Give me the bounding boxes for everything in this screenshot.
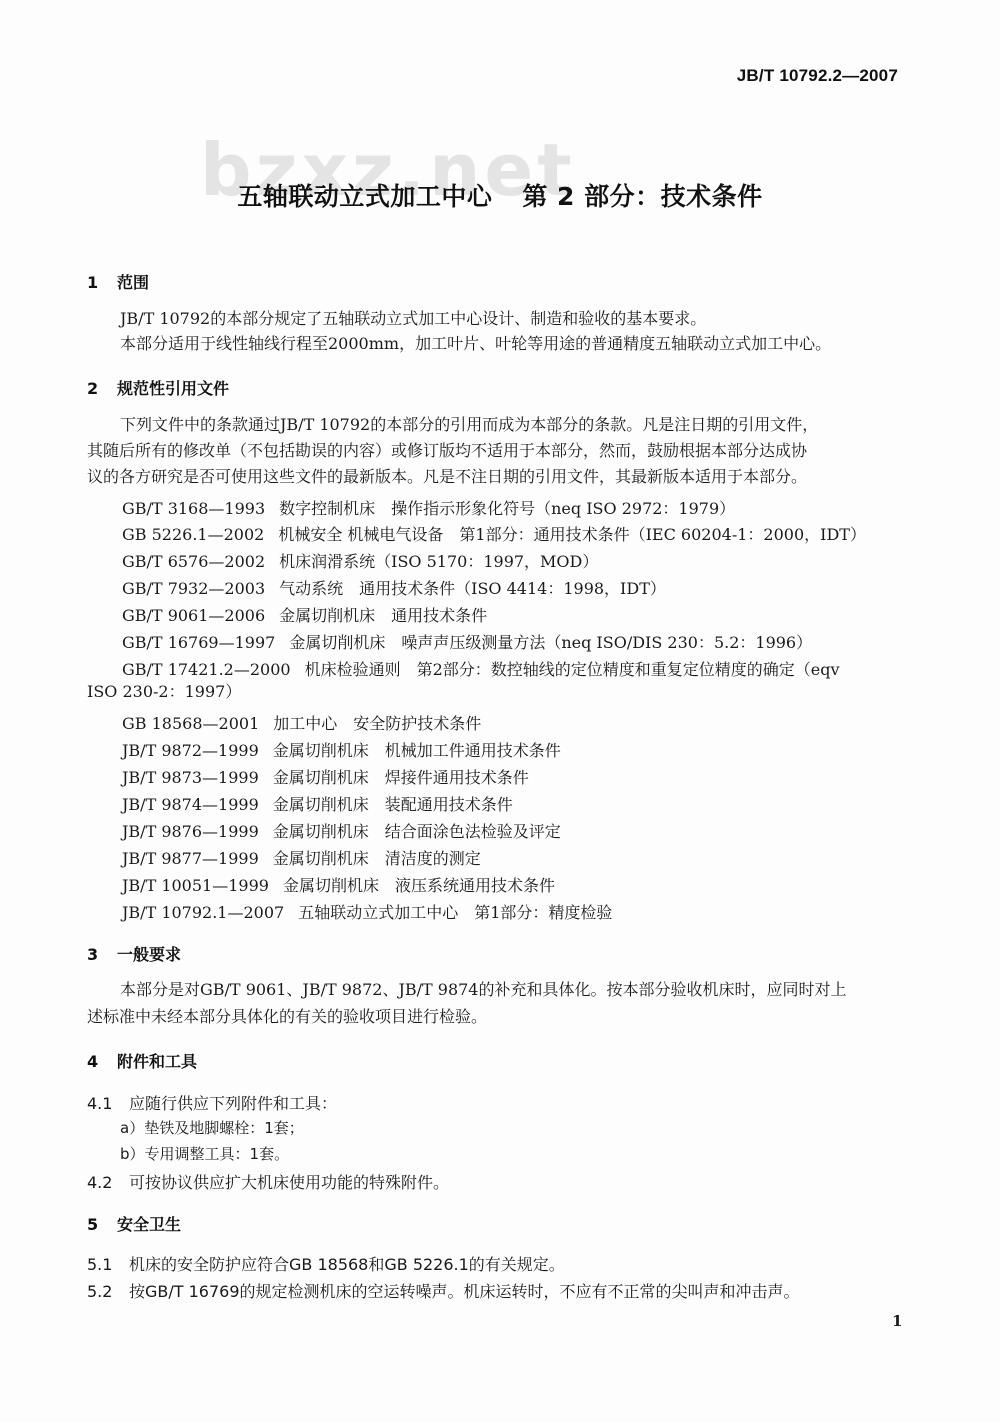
document-page: JB/T 10792.2—2007 bzxz.net 五轴联动立式加工中心第 2…	[0, 0, 1000, 1422]
clause-5-1: 5.1机床的安全防护应符合GB 18568和GB 5226.1的有关规定。	[87, 1252, 565, 1275]
list-item: a）垫铁及地脚螺栓：1套；	[120, 1117, 304, 1138]
reference-continuation: ISO 230-2：1997）	[87, 684, 241, 700]
section-heading-safety-health: 5安全卫生	[87, 1212, 181, 1235]
paragraph: JB/T 10792的本部分规定了五轴联动立式加工中心设计、制造和验收的基本要求…	[120, 311, 706, 327]
standard-code: JB/T 10792.2—2007	[737, 66, 898, 86]
paragraph: 下列文件中的条款通过JB/T 10792的本部分的引用而成为本部分的条款。凡是注…	[120, 417, 818, 433]
reference-item: JB/T 10792.1—2007五轴联动立式加工中心 第1部分：精度检验	[122, 900, 612, 923]
reference-item: JB/T 9874—1999金属切削机床 装配通用技术条件	[122, 792, 513, 815]
reference-item: GB/T 17421.2—2000机床检验通则 第2部分：数控轴线的定位精度和重…	[122, 657, 840, 680]
paragraph: 其随后所有的修改单（不包括勘误的内容）或修订版均不适用于本部分，然而，鼓励根据本…	[87, 443, 807, 459]
paragraph: 本部分适用于线性轴线行程至2000mm，加工叶片、叶轮等用途的普通精度五轴联动立…	[120, 336, 831, 352]
paragraph: 述标准中未经本部分具体化的有关的验收项目进行检验。	[87, 1009, 487, 1025]
clause-5-2: 5.2按GB/T 16769的规定检测机床的空运转噪声。机床运转时，不应有不正常…	[87, 1279, 800, 1302]
paragraph: 本部分是对GB/T 9061、JB/T 9872、JB/T 9874的补充和具体…	[120, 982, 847, 998]
reference-item: JB/T 9872—1999金属切削机床 机械加工件通用技术条件	[122, 738, 561, 761]
reference-item: JB/T 9873—1999金属切削机床 焊接件通用技术条件	[122, 765, 529, 788]
section-heading-normative-references: 2规范性引用文件	[87, 376, 229, 399]
reference-item: GB/T 9061—2006金属切削机床 通用技术条件	[122, 603, 487, 626]
paragraph: 议的各方研究是否可使用这些文件的最新版本。凡是不注日期的引用文件，其最新版本适用…	[87, 469, 807, 485]
reference-item: GB/T 7932—2003气动系统 通用技术条件（ISO 4414：1998，…	[122, 576, 666, 599]
reference-item: JB/T 10051—1999金属切削机床 液压系统通用技术条件	[122, 873, 555, 896]
reference-item: GB/T 3168—1993数字控制机床 操作指示形象化符号（neq ISO 2…	[122, 496, 735, 519]
clause-4-1: 4.1应随行供应下列附件和工具：	[87, 1091, 337, 1114]
list-item: b）专用调整工具：1套。	[120, 1143, 289, 1164]
document-title: 五轴联动立式加工中心第 2 部分：技术条件	[0, 177, 1000, 213]
reference-item: GB/T 6576—2002机床润滑系统（ISO 5170：1997，MOD）	[122, 549, 598, 572]
section-heading-general-requirements: 3一般要求	[87, 942, 181, 965]
title-main: 五轴联动立式加工中心	[237, 182, 492, 211]
clause-4-2: 4.2可按协议供应扩大机床使用功能的特殊附件。	[87, 1170, 449, 1193]
reference-item: GB 5226.1—2002机械安全 机械电气设备 第1部分：通用技术条件（IE…	[122, 522, 866, 545]
reference-item: JB/T 9876—1999金属切削机床 结合面涂色法检验及评定	[122, 819, 561, 842]
reference-item: GB 18568—2001加工中心 安全防护技术条件	[122, 711, 481, 734]
reference-item: GB/T 16769—1997金属切削机床 噪声声压级测量方法（neq ISO/…	[122, 630, 812, 653]
reference-item: JB/T 9877—1999金属切削机床 清洁度的测定	[122, 846, 481, 869]
section-heading-accessories-tools: 4附件和工具	[87, 1049, 197, 1072]
title-part: 第 2 部分：技术条件	[522, 182, 762, 211]
section-heading-scope: 1范围	[87, 270, 149, 293]
page-number: 1	[892, 1312, 902, 1330]
